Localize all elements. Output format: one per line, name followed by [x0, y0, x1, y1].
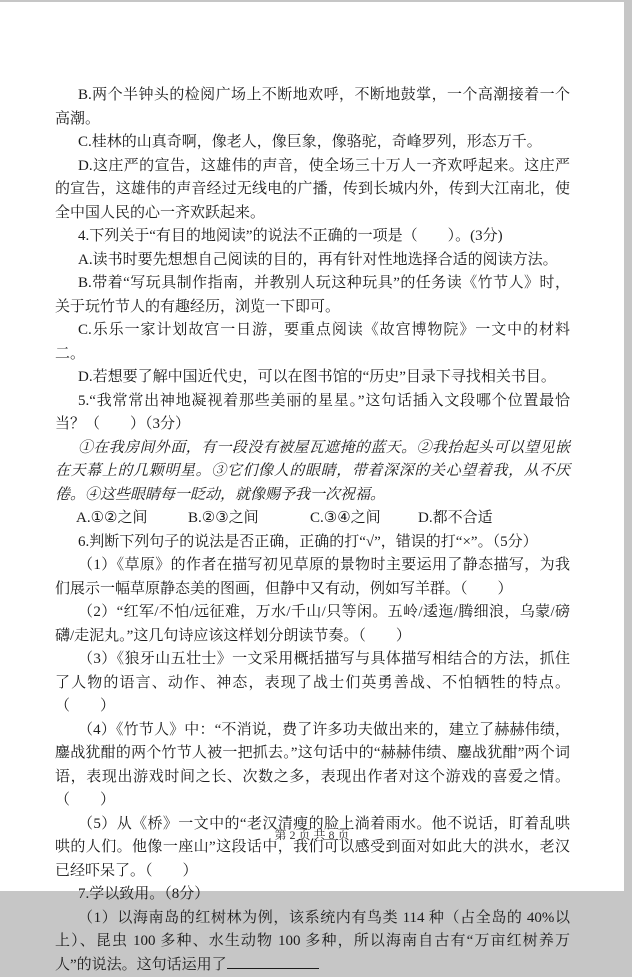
- q6-item-5: （5）从《桥》一文中的“老汉清瘦的脸上淌着雨水。他不说话，盯着乱哄哄的人们。他像…: [55, 813, 570, 884]
- exam-content: B.两个半钟头的检阅广场上不断地欢呼，不断地鼓掌，一个高潮接着一个高潮。 C.桂…: [55, 84, 570, 894]
- q4-stem: 4.下列关于“有目的地阅读”的说法不正确的一项是（ ）。(3分): [55, 225, 570, 249]
- q7-stem: 7.学以致用。（8分）: [55, 883, 570, 894]
- q5-passage: ①在我房间外面，有一段没有被屋瓦遮掩的蓝天。②我抬起头可以望见嵌在天幕上的几颗明…: [55, 437, 570, 508]
- q5-option-a: A.①②之间: [76, 507, 188, 531]
- q3-option-b: B.两个半钟头的检阅广场上不断地欢呼，不断地鼓掌，一个高潮接着一个高潮。: [55, 84, 570, 131]
- q3-option-d: D.这庄严的宣告，这雄伟的声音，使全场三十万人一齐欢呼起来。这庄严的宣告，这雄伟…: [55, 155, 570, 226]
- q4-option-b: B.带着“写玩具制作指南，并教别人玩这种玩具”的任务读《竹节人》时，关于玩竹节人…: [55, 272, 570, 319]
- q5-option-b: B.②③之间: [188, 507, 310, 531]
- q6-item-3: （3）《狼牙山五壮士》一文采用概括描写与具体描写相结合的方法，抓住了人物的语言、…: [55, 648, 570, 719]
- q4-option-d: D.若想要了解中国近代史，可以在图书馆的“历史”目录下寻找相关书目。: [55, 366, 570, 390]
- q5-option-c: C.③④之间: [310, 507, 418, 531]
- q6-stem: 6.判断下列句子的说法是否正确，正确的打“√”，错误的打“×”。（5分）: [55, 531, 570, 555]
- q6-item-4: （4）《竹节人》中：“不消说，费了许多功夫做出来的，建立了赫赫伟绩，鏖战犹酣的两…: [55, 719, 570, 813]
- q5-option-d: D.都不合适: [418, 507, 493, 531]
- q6-item-2: （2）“红军/不怕/远征难，万水/千山/只等闲。五岭/逶迤/腾细浪，乌蒙/磅礴/…: [55, 601, 570, 648]
- page-number-footer: 第 2 页 共 8 页: [0, 826, 624, 843]
- q5-answer-options: A.①②之间 B.②③之间 C.③④之间 D.都不合适: [55, 507, 570, 531]
- q3-option-c: C.桂林的山真奇啊，像老人，像巨象，像骆驼，奇峰罗列，形态万千。: [55, 131, 570, 155]
- exam-document-page: B.两个半钟头的检阅广场上不断地欢呼，不断地鼓掌，一个高潮接着一个高潮。 C.桂…: [0, 2, 624, 891]
- q4-option-c: C.乐乐一家计划故宫一日游，要重点阅读《故宫博物院》一文中的材料二。: [55, 319, 570, 366]
- q4-option-a: A.读书时要先想想自己阅读的目的，再有针对性地选择合适的阅读方法。: [55, 249, 570, 273]
- q6-item-1: （1）《草原》的作者在描写初见草原的景物时主要运用了静态描写，为我们展示一幅草原…: [55, 554, 570, 601]
- q5-stem: 5.“我常常出神地凝视着那些美丽的星星。”这句话插入文段哪个位置最恰当？（ ）（…: [55, 390, 570, 437]
